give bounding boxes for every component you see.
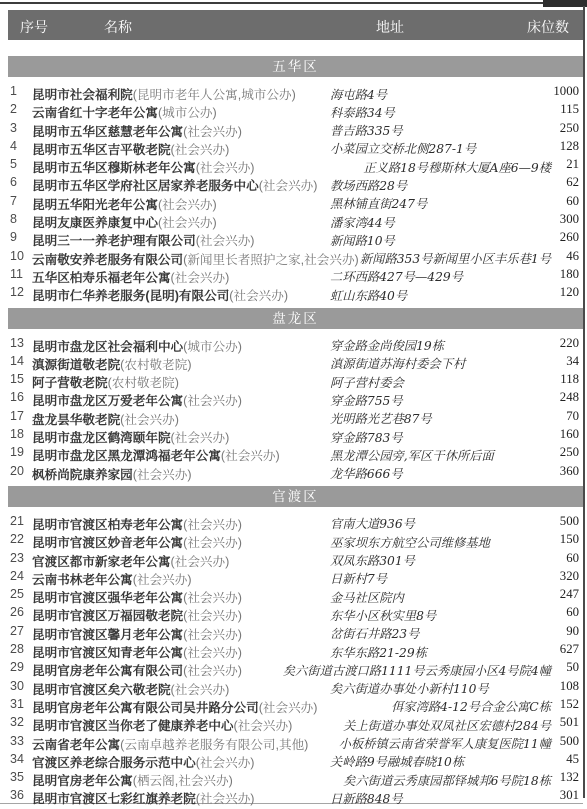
row-index: 10: [10, 249, 24, 263]
facility-beds: 90: [537, 624, 579, 639]
table-row: 21 昆明市官渡区柏寿老年公寓(社会兴办) 官南大道936号 500: [0, 512, 587, 530]
column-header-beds: 床位数: [527, 17, 569, 37]
facility-beds: 34: [537, 354, 579, 369]
table-row: 17 盘龙昙华敬老院(社会兴办) 光明路光艺巷87号 70: [0, 407, 587, 425]
facility-beds: 627: [537, 642, 579, 657]
table-row: 6 昆明市五华区学府社区居家养老服务中心(社会兴办) 教场西路28号 62: [0, 173, 587, 191]
facility-name: 昆明市官渡区七彩红旗养老院(社会兴办): [32, 788, 254, 807]
row-index: 33: [10, 734, 24, 748]
row-index: 30: [10, 679, 24, 693]
table-row: 1 昆明市社会福利院(昆明市老年人公寓,城市公办) 海屯路4号 1000: [0, 82, 587, 100]
row-index: 26: [10, 605, 24, 619]
table-row: 8 昆明友康医养康复中心(社会兴办) 潘家湾44号 300: [0, 210, 587, 228]
row-index: 24: [10, 569, 24, 583]
table-row: 36 昆明市官渡区七彩红旗养老院(社会兴办) 日新路848号 301: [0, 786, 587, 804]
table-row: 28 昆明市官渡区知青老年公寓(社会兴办) 东华东路21-29栋 627: [0, 640, 587, 658]
row-index: 14: [10, 354, 24, 368]
row-index: 2: [10, 102, 17, 116]
row-index: 4: [10, 139, 17, 153]
table-row: 24 云南书林老年公寓(社会兴办) 日新村7号 320: [0, 567, 587, 585]
facility-table: 序号 名称 地址 床位数 五华区 1 昆明市社会福利院(昆明市老年人公寓,城市公…: [0, 10, 583, 809]
facility-beds: 118: [537, 372, 579, 387]
table-row: 10 云南敬安养老服务有限公司(新闻里长者照护之家,社会兴办) 新闻路353号新…: [0, 247, 587, 265]
table-row: 7 昆明五华阳光老年公寓(社会兴办) 黑林铺直街247号 60: [0, 192, 587, 210]
row-index: 17: [10, 409, 24, 423]
facility-beds: 150: [537, 532, 579, 547]
top-border-line: [0, 2, 587, 4]
row-index: 15: [10, 372, 24, 386]
row-index: 21: [10, 514, 24, 528]
facility-beds: 50: [537, 660, 579, 675]
facility-beds: 60: [537, 551, 579, 566]
table-row: 27 昆明市官渡区馨月老年公寓(社会兴办) 岔街石井路23号 90: [0, 622, 587, 640]
row-index: 5: [10, 157, 17, 171]
table-row: 16 昆明市盘龙区万爱老年公寓(社会兴办) 穿金路755号 248: [0, 388, 587, 406]
facility-beds: 60: [537, 194, 579, 209]
row-index: 6: [10, 175, 17, 189]
row-index: 35: [10, 770, 24, 784]
row-index: 9: [10, 230, 17, 244]
facility-beds: 250: [537, 121, 579, 136]
table-row: 14 滇源街道敬老院(农村敬老院) 滇源街道苏海村委会下村 34: [0, 352, 587, 370]
facility-beds: 132: [537, 770, 579, 785]
facility-beds: 128: [537, 139, 579, 154]
column-header-name: 名称: [104, 17, 132, 37]
row-index: 11: [10, 267, 23, 281]
row-index: 22: [10, 532, 24, 546]
table-row: 11 五华区柏寿乐福老年公寓(社会兴办) 二环西路427号—429号 180: [0, 265, 587, 283]
table-row: 4 昆明市五华区吉平敬老院(社会兴办) 小菜园立交桥北侧287-1号 128: [0, 137, 587, 155]
facility-name: 枫桥尚院康养家园(社会兴办): [32, 464, 192, 483]
facility-beds: 45: [537, 752, 579, 767]
facility-beds: 180: [537, 267, 579, 282]
table-row: 33 云南省老年公寓(云南卓越养老服务有限公司,其他) 小板桥镇云南省荣誉军人康…: [0, 732, 587, 750]
row-index: 13: [10, 336, 24, 350]
table-row: 30 昆明市官渡区矣六敬老院(社会兴办) 矣六街道办事处小新村110号 108: [0, 677, 587, 695]
row-index: 34: [10, 752, 24, 766]
row-index: 28: [10, 642, 24, 656]
facility-beds: 500: [537, 734, 579, 749]
facility-beds: 46: [537, 249, 579, 264]
facility-beds: 120: [537, 285, 579, 300]
table-row: 35 昆明官房老年公寓(栖云阁,社会兴办) 矣六街道云秀康园都铎城邦6号院18栋…: [0, 768, 587, 786]
row-index: 32: [10, 715, 24, 729]
row-index: 1: [10, 84, 17, 98]
column-header-index: 序号: [20, 17, 48, 37]
table-row: 18 昆明市盘龙区鹤湾颐年院(社会兴办) 穿金路783号 160: [0, 425, 587, 443]
row-index: 27: [10, 624, 24, 638]
facility-beds: 115: [537, 102, 579, 117]
facility-beds: 301: [537, 788, 579, 803]
district-section-header-3: 官渡区: [8, 486, 583, 507]
table-row: 22 昆明市官渡区妙音老年公寓(社会兴办) 巫家坝东方航空公司维修基地 150: [0, 530, 587, 548]
facility-address: 虹山东路40号: [330, 286, 407, 304]
row-index: 20: [10, 464, 24, 478]
table-row: 13 昆明市盘龙区社会福利中心(城市公办) 穿金路金尚俊园19栋 220: [0, 334, 587, 352]
table-row: 26 昆明市官渡区万福园敬老院(社会兴办) 东华小区秋实里8号 60: [0, 603, 587, 621]
column-header-address: 地址: [376, 17, 404, 37]
facility-beds: 501: [537, 715, 579, 730]
facility-beds: 260: [537, 230, 579, 245]
table-row: 31 昆明官房老年公寓有限公司吴井路分公司(社会兴办) 佴家湾路4-12号合金公…: [0, 695, 587, 713]
facility-beds: 152: [537, 697, 579, 712]
row-index: 8: [10, 212, 17, 226]
table-row: 3 昆明市五华区慈慧老年公寓(社会兴办) 普吉路335号 250: [0, 119, 587, 137]
table-row: 2 云南省红十字老年公寓(城市公办) 科泰路34号 115: [0, 100, 587, 118]
row-index: 3: [10, 121, 17, 135]
table-row: 34 官渡区养老综合服务示范中心(社会兴办) 关岭路9号融城春晓10栋 45: [0, 750, 587, 768]
table-row: 9 昆明三一一养老护理有限公司(社会兴办) 新闻路10号 260: [0, 228, 587, 246]
table-row: 25 昆明市官渡区强华老年公寓(社会兴办) 金马社区院内 247: [0, 585, 587, 603]
facility-address: 日新路848号: [330, 789, 403, 807]
district-section-header-1: 五华区: [8, 56, 583, 77]
facility-beds: 500: [537, 514, 579, 529]
table-row: 15 阿子营敬老院(农村敬老院) 阿子营村委会 118: [0, 370, 587, 388]
facility-beds: 300: [537, 212, 579, 227]
district-section-header-2: 盘龙区: [8, 308, 583, 329]
row-index: 7: [10, 194, 17, 208]
facility-beds: 160: [537, 427, 579, 442]
facility-beds: 21: [537, 157, 579, 172]
row-index: 29: [10, 660, 24, 674]
top-right-corner-block: [543, 0, 587, 7]
table-row: 19 昆明市盘龙区黑龙潭鸿福老年公寓(社会兴办) 黑龙潭公园旁,军区干休所后面 …: [0, 443, 587, 461]
facility-beds: 70: [537, 409, 579, 424]
facility-beds: 320: [537, 569, 579, 584]
row-index: 23: [10, 551, 24, 565]
facility-beds: 220: [537, 336, 579, 351]
table-row: 32 昆明市官渡区当你老了健康养老中心(社会兴办) 关上街道办事处双凤社区宏德村…: [0, 713, 587, 731]
facility-beds: 62: [537, 175, 579, 190]
table-row: 12 昆明市仁华养老服务(昆明)有限公司(社会兴办) 虹山东路40号 120: [0, 283, 587, 301]
facility-beds: 1000: [537, 84, 579, 99]
table-header-row: 序号 名称 地址 床位数: [8, 10, 583, 40]
table-row: 23 官渡区都市新家老年公寓(社会兴办) 双凤东路301号 60: [0, 549, 587, 567]
facility-beds: 250: [537, 445, 579, 460]
row-index: 18: [10, 427, 24, 441]
table-row: 29 昆明官房老年公寓有限公司(社会兴办) 矣六街道古渡口路1111号云秀康园小…: [0, 658, 587, 676]
facility-beds: 247: [537, 587, 579, 602]
facility-name: 昆明市仁华养老服务(昆明)有限公司(社会兴办): [32, 285, 288, 304]
table-row: 5 昆明市五华区穆斯林老年公寓(社会兴办) 正义路18号穆斯林大厦A座6—9楼 …: [0, 155, 587, 173]
facility-beds: 360: [537, 464, 579, 479]
row-index: 19: [10, 445, 24, 459]
row-index: 16: [10, 390, 24, 404]
row-index: 12: [10, 285, 24, 299]
row-index: 25: [10, 587, 24, 601]
table-row: 20 枫桥尚院康养家园(社会兴办) 龙华路666号 360: [0, 462, 587, 480]
facility-beds: 248: [537, 390, 579, 405]
row-index: 36: [10, 788, 24, 802]
row-index: 31: [10, 697, 24, 711]
facility-address: 龙华路666号: [330, 464, 403, 482]
facility-beds: 108: [537, 679, 579, 694]
facility-beds: 60: [537, 605, 579, 620]
